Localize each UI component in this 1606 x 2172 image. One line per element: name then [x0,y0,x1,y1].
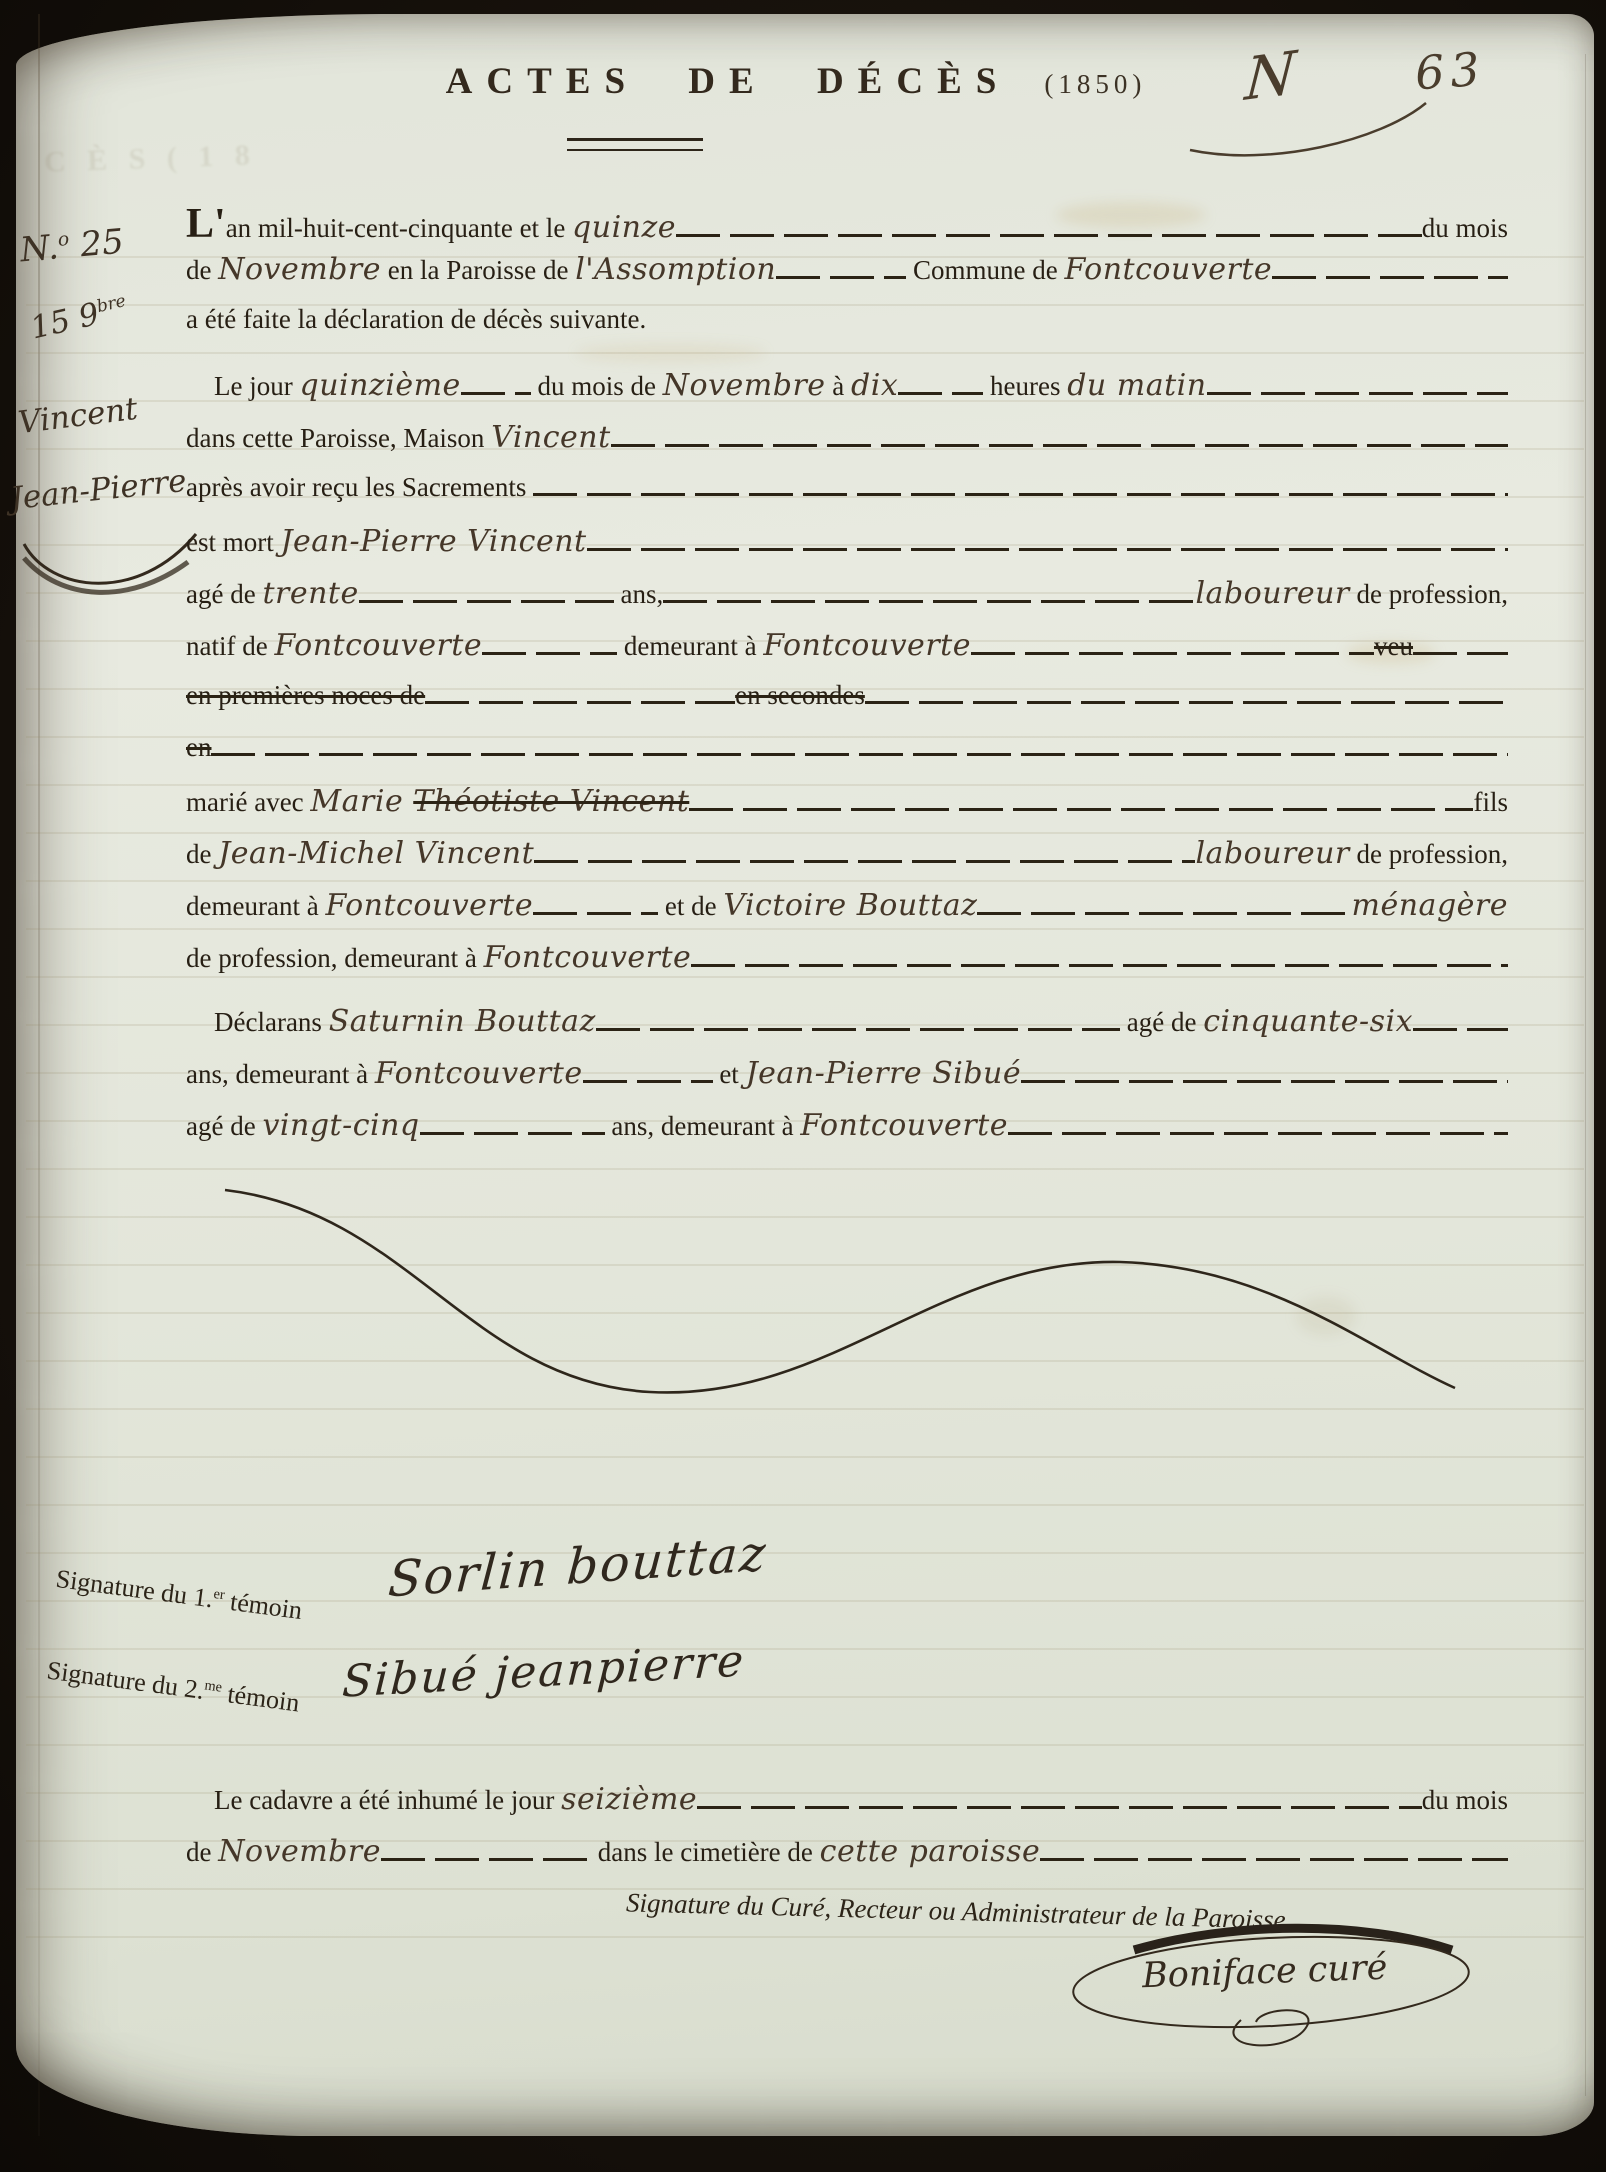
form-line: ans, demeurant à Fontcouverte et Jean-Pi… [186,1056,1508,1108]
handwritten-text: Jean-Michel Vincent [218,836,534,871]
printed-text: en [186,732,211,763]
witness2-ordinal-sup: me [204,1678,223,1696]
printed-text: et [713,1059,746,1090]
handwritten-text: quinze [572,210,676,245]
handwritten-text: laboureur [1195,836,1349,871]
fill-dashes [533,493,1508,496]
form-line: de profession, demeurant à Fontcouverte [186,940,1508,992]
printed-text: en secondes [735,680,865,711]
fill-dashes [676,234,1422,237]
printed-text: Le cadavre a été inhumé le jour [214,1785,561,1816]
printed-text: de [186,839,218,870]
printed-text: veu [1374,631,1413,662]
fill-dashes [596,1028,1120,1031]
fill-dashes [359,600,614,603]
handwritten-text: Fontcouverte [274,628,482,663]
printed-text: heures [983,371,1067,402]
printed-text: demeurant à [617,631,763,662]
page-title: ACTES DE DÉCÈS [446,60,1011,103]
handwritten-text: Jean-Pierre Vincent [281,524,587,559]
fill-dashes [1040,1858,1508,1861]
form-line: agé de trente ans,laboureur de professio… [186,576,1508,628]
fill-dashes [1021,1080,1508,1083]
printed-text: natif de [186,631,274,662]
bleed-through-text: C È S ( 1 8 [43,138,257,179]
printed-text: demeurant à [186,891,325,922]
printed-text: de [186,255,218,286]
burial-statement: Le cadavre a été inhumé le jour seizième… [186,1782,1508,1886]
fill-dashes [1413,1028,1508,1031]
handwritten-text: Victoire Bouttaz [723,888,977,923]
handwritten-text: laboureur [1195,576,1349,611]
printed-text: dans cette Paroisse, Maison [186,423,491,454]
printed-text: après avoir reçu les Sacrements [186,472,533,503]
fill-dashes [1008,1132,1508,1135]
fill-dashes [420,1132,605,1135]
handwritten-text: Fontcouverte [325,888,533,923]
printed-text: agé de [1120,1007,1203,1038]
fill-dashes [697,1806,1422,1809]
handwritten-text: cette paroisse [820,1834,1041,1869]
printed-text: a été faite la déclaration de décès suiv… [186,304,646,335]
handwritten-text: Fontcouverte [1064,252,1272,287]
handwritten-text: ménagère [1352,888,1508,923]
printed-text: Le jour [214,371,299,402]
fill-dashes [1413,652,1508,655]
register-page: C È S ( 1 8 ACTES DE DÉCÈS (1850) N 63 N… [16,14,1594,2136]
handwritten-text: quinzième [299,368,460,403]
cure-signature-name: Boniface curé [1141,1948,1388,1997]
handwritten-text: vingt-cinq [262,1108,419,1143]
record-number-value: 25 [68,222,125,267]
printed-text: de profession, [1350,579,1508,610]
fill-dashes [1207,392,1508,395]
form-line: marié avec Marie Théotiste Vincentfils [186,784,1508,836]
fill-dashes [977,912,1351,915]
fill-dashes [533,912,658,915]
handwritten-text: Fontcouverte [375,1056,583,1091]
form-line: natif de Fontcouverte demeurant à Fontco… [186,628,1508,680]
handwritten-text: Novembre [218,252,381,287]
form-line: a été faite la déclaration de décès suiv… [186,304,1508,356]
handwritten-text: Théotiste Vincent [413,784,689,819]
fill-dashes [211,753,1508,756]
numero-mark-swash [1180,95,1440,165]
printed-text: de [186,1837,218,1868]
printed-text: ans, [614,579,664,610]
printed-text: du mois de [531,371,663,402]
form-line: après avoir reçu les Sacrements [186,472,1508,524]
handwritten-text: Jean-Pierre Sibué [746,1056,1022,1091]
form-line: L'an mil-huit-cent-cinquante et le quinz… [186,200,1508,252]
printed-text: et de [658,891,723,922]
form-line: dans cette Paroisse, Maison Vincent [186,420,1508,472]
handwritten-text: du matin [1067,368,1206,403]
printed-text: est mort [186,527,281,558]
handwritten-text: seizième [561,1782,697,1817]
fill-dashes [1272,276,1508,279]
form-line: de Novembre dans le cimetière de cette p… [186,1834,1508,1886]
page-header: ACTES DE DÉCÈS (1850) [316,60,1276,103]
numero-abbrev: N. [18,227,60,270]
printed-text: an mil-huit-cent-cinquante et le [226,213,572,244]
act-body: L'an mil-huit-cent-cinquante et le quinz… [186,200,1508,1160]
printed-text: Commune de [906,255,1064,286]
page-title-year: (1850) [1044,69,1146,100]
handwritten-page-number: 63 [1413,42,1487,101]
fill-dashes [689,808,1473,811]
form-line: de Jean-Michel Vincentlaboureur de profe… [186,836,1508,888]
printed-text: ans, demeurant à [186,1059,375,1090]
handwritten-text: Fontcouverte [800,1108,1008,1143]
fill-dashes [971,652,1374,655]
printed-text: agé de [186,1111,262,1142]
handwritten-text: trente [262,576,358,611]
fill-dashes [587,548,1508,551]
handwritten-text: Novembre [218,1834,381,1869]
printed-text: du mois [1422,1785,1508,1816]
form-line: Le jour quinzième du mois de Novembre à … [186,368,1508,420]
margin-date-sup: bre [95,291,128,317]
printed-text: marié avec [186,787,310,818]
form-line: Déclarans Saturnin Bouttaz agé de cinqua… [186,1004,1508,1056]
fill-dashes [776,276,906,279]
printed-text: agé de [186,579,262,610]
printed-text: L' [186,200,226,248]
printed-text: dans le cimetière de [591,1837,820,1868]
printed-text: de profession, demeurant à [186,943,484,974]
fill-dashes [534,860,1195,863]
printed-text: Déclarans [214,1007,329,1038]
fill-dashes [482,652,617,655]
header-double-rule [567,138,703,151]
fill-dashes [898,392,983,395]
fill-dashes [611,444,1508,447]
handwritten-text: dix [851,368,898,403]
printed-text: à [826,371,851,402]
form-line: de Novembre en la Paroisse de l'Assompti… [186,252,1508,304]
margin-flourish [16,506,211,621]
fill-dashes [381,1858,591,1861]
fill-dashes [583,1080,713,1083]
page-edge-line [1585,54,1586,2096]
printed-text: en premières noces de [186,680,425,711]
closing-wave-flourish [180,1140,1490,1440]
fill-dashes [691,964,1508,967]
handwritten-text: Fontcouverte [763,628,971,663]
printed-text: du mois [1422,213,1508,244]
handwritten-text: Vincent [491,420,611,455]
handwritten-text: Fontcouverte [484,940,692,975]
printed-text: fils [1473,787,1508,818]
form-line: en [186,732,1508,784]
fill-dashes [425,701,735,704]
handwritten-text: Novembre [663,368,826,403]
fill-dashes [663,600,1195,603]
handwritten-text: Marie [310,784,413,819]
printed-text: de profession, [1350,839,1508,870]
handwritten-text: cinquante-six [1203,1004,1413,1039]
printed-text: en la Paroisse de [381,255,575,286]
photograph-of-register: { "header": { "title": "ACTES DE DÉCÈS",… [0,0,1606,2172]
fill-dashes [461,392,531,395]
cure-signature-block: Boniface curé [1056,1920,1496,2060]
fill-dashes [865,701,1508,704]
form-line: Le cadavre a été inhumé le jour seizième… [186,1782,1508,1834]
form-line: en premières noces deen secondes [186,680,1508,732]
printed-text: ans, demeurant à [605,1111,801,1142]
form-line: est mort Jean-Pierre Vincent [186,524,1508,576]
form-line: demeurant à Fontcouverte et de Victoire … [186,888,1508,940]
handwritten-text: l'Assomption [575,252,776,287]
handwritten-text: Saturnin Bouttaz [329,1004,596,1039]
